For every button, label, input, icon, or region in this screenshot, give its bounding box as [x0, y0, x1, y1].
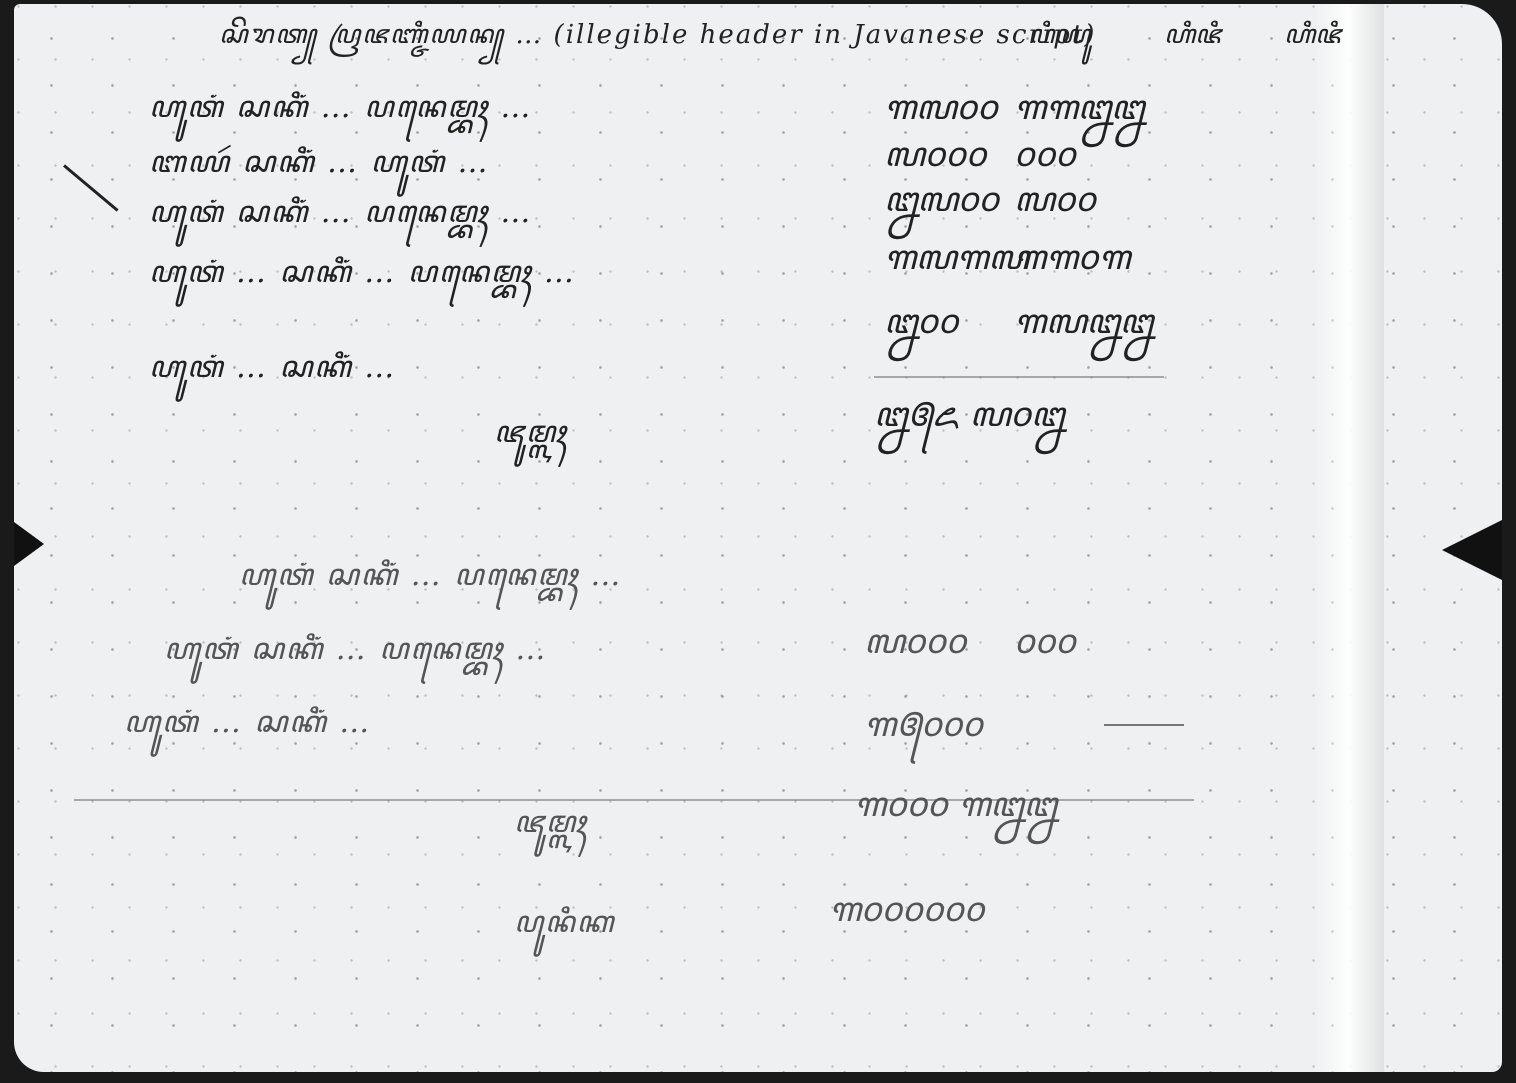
header-mark-3: ꦲꦶꦗꦶ — [1284, 14, 1341, 67]
binding-notch-right — [1442, 520, 1502, 580]
ledger-row-text: ꦲꦸꦠꦁ … ꦱꦏꦶꦁ … — [149, 344, 396, 405]
ledger-row-text: ꦲꦸꦠꦁ ꦱꦏꦶꦁ … ꦥꦤꦺꦩ꧀ꦧꦃ … — [164, 626, 547, 687]
total-label: ꦗꦸꦩ꧀ꦭꦃ — [494, 409, 567, 470]
ledger-row-amount-b: ꧐꧐꧐ — [1014, 616, 1076, 685]
grand-label: ꦥꦸꦤꦶꦏ — [514, 899, 615, 960]
total-amount: ꧒꧕꧖ ꧗꧐꧒ — [874, 389, 1064, 458]
ledger-row-amount-a: ꧑꧗꧑꧗ — [884, 232, 1029, 301]
header-mark-1: ꦥꦶꦪꦸ — [1029, 14, 1090, 67]
ledger-row-amount-a: ꧒꧐꧐ — [884, 296, 958, 365]
total-amount: ꧑꧐꧐꧐ ꧑꧒꧒ — [854, 779, 1057, 848]
ledger-row-text: ꦲꦸꦠꦁ … ꦱꦏꦶꦁ … — [124, 699, 371, 760]
ledger-row-amount-a: ꧗꧐꧐꧐ — [864, 616, 966, 685]
manuscript-page: ꦱꦼꦫꦠ꧀ ꦥꦿꦗꦚ꧀ꦗꦶꦪꦤ꧀ … (illegible header in … — [14, 4, 1502, 1072]
ledger-row-amount-a: ꧑꧕꧐꧐꧐ — [864, 699, 983, 768]
ledger-row-text: ꦲꦸꦠꦁ ꦱꦏꦶꦁ … ꦥꦤꦺꦩ꧀ꦧꦃ … — [149, 189, 532, 250]
header-line: ꦱꦼꦫꦠ꧀ ꦥꦿꦗꦚ꧀ꦗꦶꦪꦤ꧀ … (illegible header in … — [219, 14, 1096, 67]
ledger-row-text: ꦲꦸꦠꦁ … ꦱꦏꦶꦁ … ꦥꦤꦺꦩ꧀ꦧꦃ … — [149, 249, 576, 310]
margin-arrow-icon — [63, 164, 119, 211]
binding-notch-left — [14, 522, 44, 566]
page-fold — [1314, 4, 1384, 1072]
section2-heading: ꦲꦸꦠꦁ ꦱꦏꦶꦁ … ꦥꦤꦺꦩ꧀ꦧꦃ … — [239, 552, 622, 613]
header-mark-2: ꦲꦶꦗꦶ — [1164, 14, 1221, 67]
ledger-row-amount-b: ꧑꧑꧐꧑ — [1014, 232, 1130, 301]
total-label: ꦗꦸꦩ꧀ꦭꦃ — [514, 799, 587, 860]
ledger-row-text: ꦲꦸꦠꦁ ꦱꦏꦶꦁ … ꦥꦤꦺꦩ꧀ꦧꦃ … — [149, 84, 532, 145]
dash-mark — [1104, 724, 1184, 726]
total-rule — [874, 376, 1164, 378]
grand-amount: ꧑꧐꧐꧐꧐꧐꧐ — [829, 884, 984, 953]
ledger-row-amount-b: ꧑꧗꧒꧒ — [1014, 296, 1153, 365]
